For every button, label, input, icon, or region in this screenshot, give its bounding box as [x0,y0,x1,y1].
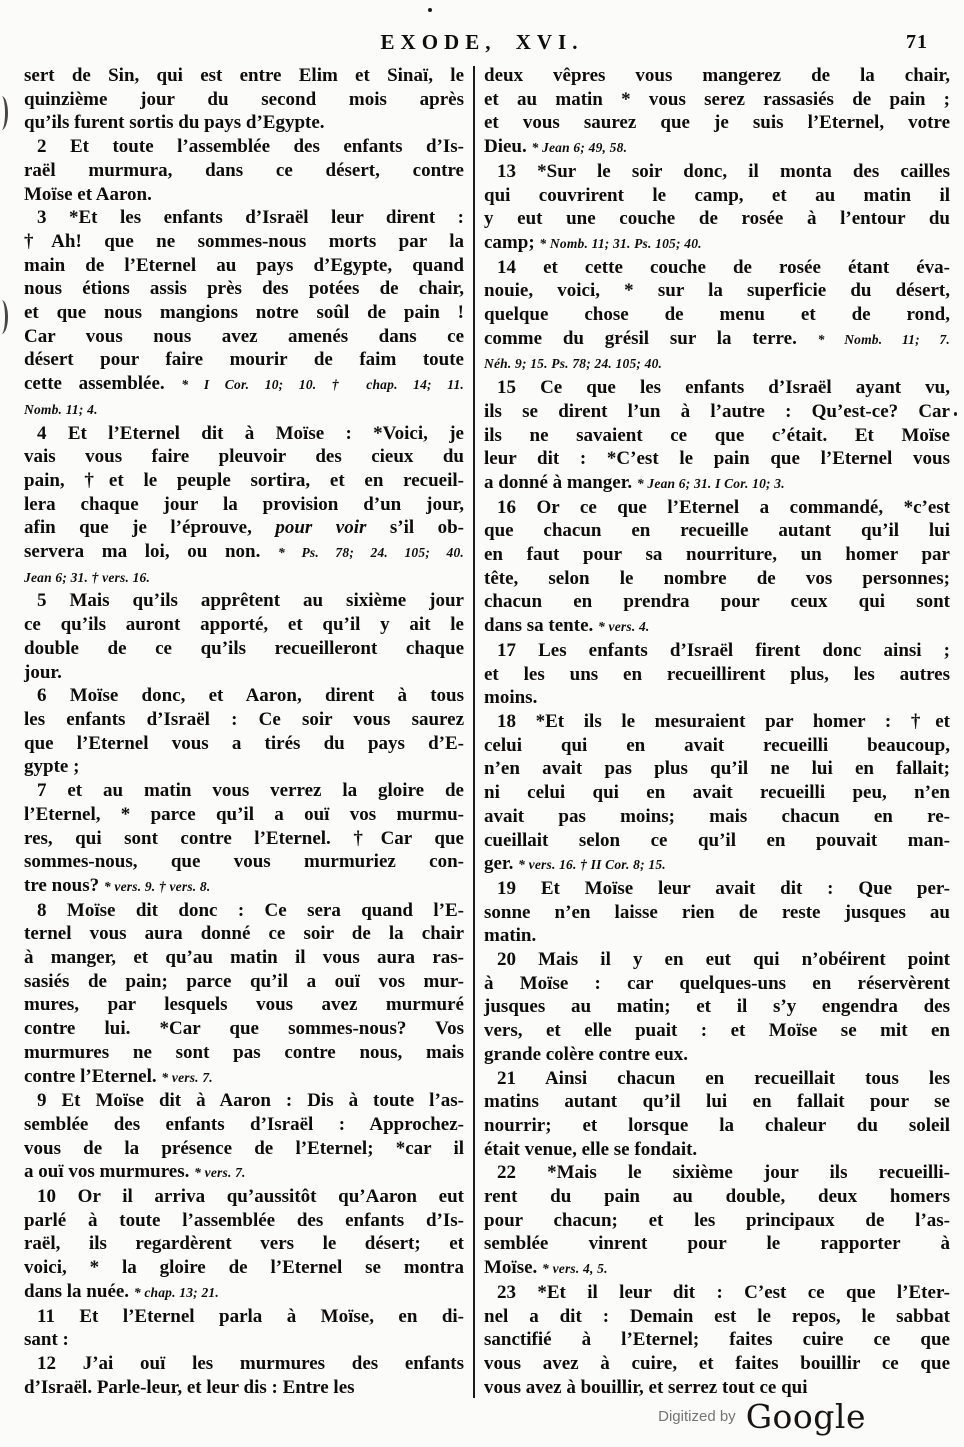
text-line: 16 Or ce que l’Eternel a commandé, *c’es… [484,496,950,520]
text-line: Moïse. * vers. 4, 5. [484,1256,950,1281]
text-line: sert de Sin, qui est entre Elim et Sinaï… [24,64,464,88]
text-line: sonne n’en laisse rien de reste jusques … [484,901,950,925]
cross-reference: * vers. 4, 5. [542,1261,608,1276]
text-line: main de l’Eternel au pays d’Egypte, quan… [24,254,464,278]
verse-paragraph: 12 J’ai ouï les murmures des enfantsd’Is… [24,1352,464,1399]
verse-paragraph: 22 *Mais le sixième jour ils recueilli-r… [484,1161,950,1281]
cross-reference: * vers. 4. [598,619,650,634]
cross-reference: Nomb. 11; 4. [24,402,98,417]
text-line: 22 *Mais le sixième jour ils recueilli- [484,1161,950,1185]
italic-phrase: pour voir [275,517,366,538]
verse-paragraph: 13 *Sur le soir donc, il monta des caill… [484,160,950,256]
text-line: qu’ils furent sortis du pays d’Egypte. [24,111,464,135]
text-column-right: deux vêpres vous mangerez de la chair,et… [484,64,950,1399]
text-line: 19 Et Moïse leur avait dit : Que per- [484,877,950,901]
text-line: quelque chose de menu et de rond, [484,303,950,327]
verse-paragraph: 19 Et Moïse leur avait dit : Que per-son… [484,877,950,948]
text-line: ce qu’ils auront apporté, et qu’il y ait… [24,613,464,637]
verse-paragraph: 16 Or ce que l’Eternel a commandé, *c’es… [484,496,950,639]
text-line: à Moïse : car quelques-uns en réservèren… [484,972,950,996]
text-line: raël, ils regardèrent vers le désert; et [24,1232,464,1256]
text-line: 17 Les enfants d’Israël firent donc ains… [484,639,950,663]
text-line: Nomb. 11; 4. [24,397,464,422]
text-line: pain, †et le peuple sortira, et en recue… [24,469,464,493]
cross-reference: * Nomb. 11; 7. [818,332,950,347]
text-line: afin que je l’éprouve, pour voir s’il ob… [24,516,464,540]
text-line: 3 *Et les enfants d’Israël leur dirent : [24,206,464,230]
verse-paragraph: 14 et cette couche de rosée étant éva-no… [484,256,950,377]
verse-paragraph: 6 Moïse donc, et Aaron, dirent à tousles… [24,684,464,779]
text-line: ger. * vers. 16. † II Cor. 8; 15. [484,852,950,877]
text-line: et au matin * vous serez rassasiés de pa… [484,88,950,112]
text-line: 13 *Sur le soir donc, il monta des caill… [484,160,950,184]
verse-paragraph: 7 et au matin vous verrez la gloire del’… [24,779,464,899]
page-header: EXODE, XVI. 71 [0,0,964,60]
text-line: tre nous? * vers. 9. † vers. 8. [24,874,464,899]
text-line: n’en avait pas plus qu’il ne lui en fall… [484,757,950,781]
page-footer: Digitized by Google [658,1400,866,1433]
text-line: servera ma loi, ou non. * Ps. 78; 24. 10… [24,540,464,565]
verse-paragraph: 18 *Et ils le mesuraient par homer : †et… [484,710,950,877]
text-line: en faut pour sa nourriture, un homer par [484,543,950,567]
text-line: nourrir; et lorsque la chaleur du soleil [484,1114,950,1138]
text-line: res, qui sont contre l’Eternel. †Car que [24,827,464,851]
verse-paragraph: 21 Ainsi chacun en recueillait tous lesm… [484,1067,950,1162]
verse-paragraph: 2 Et toute l’assemblée des enfants d’Is-… [24,135,464,206]
cross-reference: * chap. 13; 21. [134,1285,219,1300]
text-line: leur dit : *C’est le pain que l’Eternel … [484,447,950,471]
text-line: que chacun en recueille autant qu’il lui [484,519,950,543]
text-line: et les uns en recueillirent plus, les au… [484,663,950,687]
cross-reference: * vers. 7. [194,1165,246,1180]
scanned-book-page: EXODE, XVI. 71 sert de Sin, qui est entr… [0,0,964,1447]
text-line: 6 Moïse donc, et Aaron, dirent à tous [24,684,464,708]
text-line: raël murmura, dans ce désert, contre [24,159,464,183]
cross-reference: Jean 6; 31. † vers. 16. [24,570,150,585]
verse-paragraph: deux vêpres vous mangerez de la chair,et… [484,64,950,160]
text-line: que l’Eternel vous a tirés du pays d’E- [24,732,464,756]
verse-paragraph: sert de Sin, qui est entre Elim et Sinaï… [24,64,464,135]
text-line: ternel vous aura donné ce soir de la cha… [24,922,464,946]
text-line: camp; * Nomb. 11; 31. Ps. 105; 40. [484,231,950,256]
text-line: 9 Et Moïse dit à Aaron : Dis à toute l’a… [24,1089,464,1113]
text-line: contre lui. *Car que sommes-nous? Vos [24,1017,464,1041]
cross-reference: * Jean 6; 49, 58. [532,140,628,155]
text-line: y eut une couche de rosée à l’entour du [484,207,950,231]
text-line: 18 *Et ils le mesuraient par homer : †et [484,710,950,734]
text-line: 8 Moïse dit donc : Ce sera quand l’E- [24,899,464,923]
verse-paragraph: 11 Et l’Eternel parla à Moïse, en di-san… [24,1305,464,1352]
text-line: grande colère contre eux. [484,1043,950,1067]
verse-paragraph: 17 Les enfants d’Israël firent donc ains… [484,639,950,710]
column-divider-rule [473,66,475,1398]
text-line: sanctifié à l’Eternel; faites cuire ce q… [484,1328,950,1352]
verse-paragraph: 15 Ce que les enfants d’Israël ayant vu,… [484,376,950,496]
text-line: à manger, et qu’au matin il vous aura ra… [24,946,464,970]
text-line: cette assemblée. * I Cor. 10; 10. † chap… [24,372,464,397]
google-logo: Google [746,1400,866,1433]
text-line: sommes-nous, que vous murmuriez con- [24,850,464,874]
text-line: vous avez à cuire, et faites bouillir ce… [484,1352,950,1376]
text-line: semblée vinrent pour le rapporter à [484,1232,950,1256]
text-line: quinzième jour du second mois après [24,88,464,112]
text-line: les enfants d’Israël : Ce soir vous saur… [24,708,464,732]
text-line: d’Israël. Parle-leur, et leur dis : Entr… [24,1376,464,1400]
text-line: gypte ; [24,755,464,779]
text-line: Néh. 9; 15. Ps. 78; 24. 105; 40. [484,351,950,376]
text-line: tête, selon le nombre de vos personnes; [484,567,950,591]
text-line: 15 Ce que les enfants d’Israël ayant vu, [484,376,950,400]
text-line: deux vêpres vous mangerez de la chair, [484,64,950,88]
text-line: murmures ne sont pas contre nous, mais [24,1041,464,1065]
text-line: 14 et cette couche de rosée étant éva- [484,256,950,280]
text-line: 4 Et l’Eternel dit à Moïse : *Voici, je [24,422,464,446]
verse-paragraph: 8 Moïse dit donc : Ce sera quand l’E-ter… [24,899,464,1090]
text-line: nous étions assis près des potées de cha… [24,277,464,301]
text-line: moins. [484,686,950,710]
page-number: 71 [906,31,928,54]
text-line: voici, * la gloire de l’Eternel se montr… [24,1256,464,1280]
text-line: double de ce qu’ils recueilleront chaque [24,637,464,661]
text-line: chacun en prendra pour ceux qui sont [484,590,950,614]
text-line: Moïse et Aaron. [24,183,464,207]
text-line: ils ne savaient ce que c’était. Et Moïse [484,424,950,448]
text-line: Jean 6; 31. † vers. 16. [24,565,464,590]
text-line: vous avez à bouillir, et serrez tout ce … [484,1376,950,1400]
text-line: 23 *Et il leur dit : C’est ce que l’Eter… [484,1281,950,1305]
text-line: jour. [24,661,464,685]
text-line: Car vous nous avez amenés dans ce [24,325,464,349]
text-line: Dieu. * Jean 6; 49, 58. [484,135,950,160]
text-line: 20 Mais il y en eut qui n’obéirent point [484,948,950,972]
text-line: matin. [484,924,950,948]
text-line: comme du grésil sur la terre. * Nomb. 11… [484,327,950,352]
text-line: cueillait selon ce qu’il en pouvait man- [484,829,950,853]
text-column-left: sert de Sin, qui est entre Elim et Sinaï… [24,64,464,1399]
cross-reference: * I Cor. 10; 10. † chap. 14; 11. [181,377,464,392]
text-line: vers, et elle puait : et Moïse se mit en [484,1019,950,1043]
verse-paragraph: 20 Mais il y en eut qui n’obéirent point… [484,948,950,1067]
verse-paragraph: 3 *Et les enfants d’Israël leur dirent :… [24,206,464,421]
cross-reference: * Jean 6; 31. I Cor. 10; 3. [637,476,785,491]
text-line: lera chaque jour la provision d’un jour, [24,493,464,517]
cross-reference: * vers. 9. † vers. 8. [104,879,211,894]
text-line: nel a dit : Demain est le repos, le sabb… [484,1305,950,1329]
text-line: 2 Et toute l’assemblée des enfants d’Is- [24,135,464,159]
text-line: 7 et au matin vous verrez la gloire de [24,779,464,803]
text-line: et que nous mangions notre soûl de pain … [24,301,464,325]
text-line: contre l’Eternel. * vers. 7. [24,1065,464,1090]
text-line: avait pas moins; mais chacun en re- [484,805,950,829]
text-line: 10 Or il arriva qu’aussitôt qu’Aaron eut [24,1185,464,1209]
text-line: qui couvrirent le camp, et au matin il [484,184,950,208]
text-line: ni celui qui en avait recueilli peu, n’e… [484,781,950,805]
text-line: †Ah! que ne sommes-nous morts par la [24,230,464,254]
digitized-by-label: Digitized by [658,1408,736,1425]
text-columns: sert de Sin, qui est entre Elim et Sinaï… [0,60,964,1399]
text-line: a ouï vos murmures. * vers. 7. [24,1160,464,1185]
text-line: vais vous faire pleuvoir des cieux du [24,445,464,469]
scan-artifact [954,412,957,416]
text-line: jusques au matin; et il s’y engendra des [484,995,950,1019]
text-line: a donné à manger. * Jean 6; 31. I Cor. 1… [484,471,950,496]
text-line: et vous saurez que je suis l’Eternel, vo… [484,111,950,135]
cross-reference: Néh. 9; 15. Ps. 78; 24. 105; 40. [484,356,662,371]
text-line: était venue, elle se fondait. [484,1138,950,1162]
text-line: vous de la présence de l’Eternel; *car i… [24,1137,464,1161]
text-line: dans sa tente. * vers. 4. [484,614,950,639]
cross-reference: * vers. 7. [161,1070,213,1085]
verse-paragraph: 10 Or il arriva qu’aussitôt qu’Aaron eut… [24,1185,464,1305]
text-line: semblée des enfants d’Israël : Approchez… [24,1113,464,1137]
text-line: désert pour faire mourir de faim toute [24,348,464,372]
text-line: parlé à toute l’assemblée des enfants d’… [24,1209,464,1233]
cross-reference: * Ps. 78; 24. 105; 40. [278,545,464,560]
text-line: sasiés de pain; parce qu’il a ouï vos mu… [24,970,464,994]
text-line: 12 J’ai ouï les murmures des enfants [24,1352,464,1376]
text-line: pour chacun; et les principaux de l’as- [484,1209,950,1233]
cross-reference: * Nomb. 11; 31. Ps. 105; 40. [539,236,701,251]
text-line: nouie, voici, * sur la superficie du dés… [484,279,950,303]
text-line: dans la nuée. * chap. 13; 21. [24,1280,464,1305]
text-line: mures, par lesquels vous avez murmuré [24,993,464,1017]
text-line: rent du pain au double, deux homers [484,1185,950,1209]
running-title: EXODE, XVI. [0,30,964,55]
verse-paragraph: 23 *Et il leur dit : C’est ce que l’Eter… [484,1281,950,1400]
cross-reference: * vers. 16. † II Cor. 8; 15. [518,857,666,872]
text-line: celui qui en avait recueilli beaucoup, [484,734,950,758]
text-line: 21 Ainsi chacun en recueillait tous les [484,1067,950,1091]
text-line: l’Eternel, * parce qu’il a ouï vos murmu… [24,803,464,827]
verse-paragraph: 4 Et l’Eternel dit à Moïse : *Voici, jev… [24,422,464,590]
text-line: sant : [24,1328,464,1352]
text-line: 5 Mais qu’ils apprêtent au sixième jour [24,589,464,613]
verse-paragraph: 9 Et Moïse dit à Aaron : Dis à toute l’a… [24,1089,464,1185]
text-line: ils se dirent l’un à l’autre : Qu’est-ce… [484,400,950,424]
text-line: 11 Et l’Eternel parla à Moïse, en di- [24,1305,464,1329]
text-line: matins autant qu’il lui en fallait pour … [484,1090,950,1114]
verse-paragraph: 5 Mais qu’ils apprêtent au sixième jourc… [24,589,464,684]
